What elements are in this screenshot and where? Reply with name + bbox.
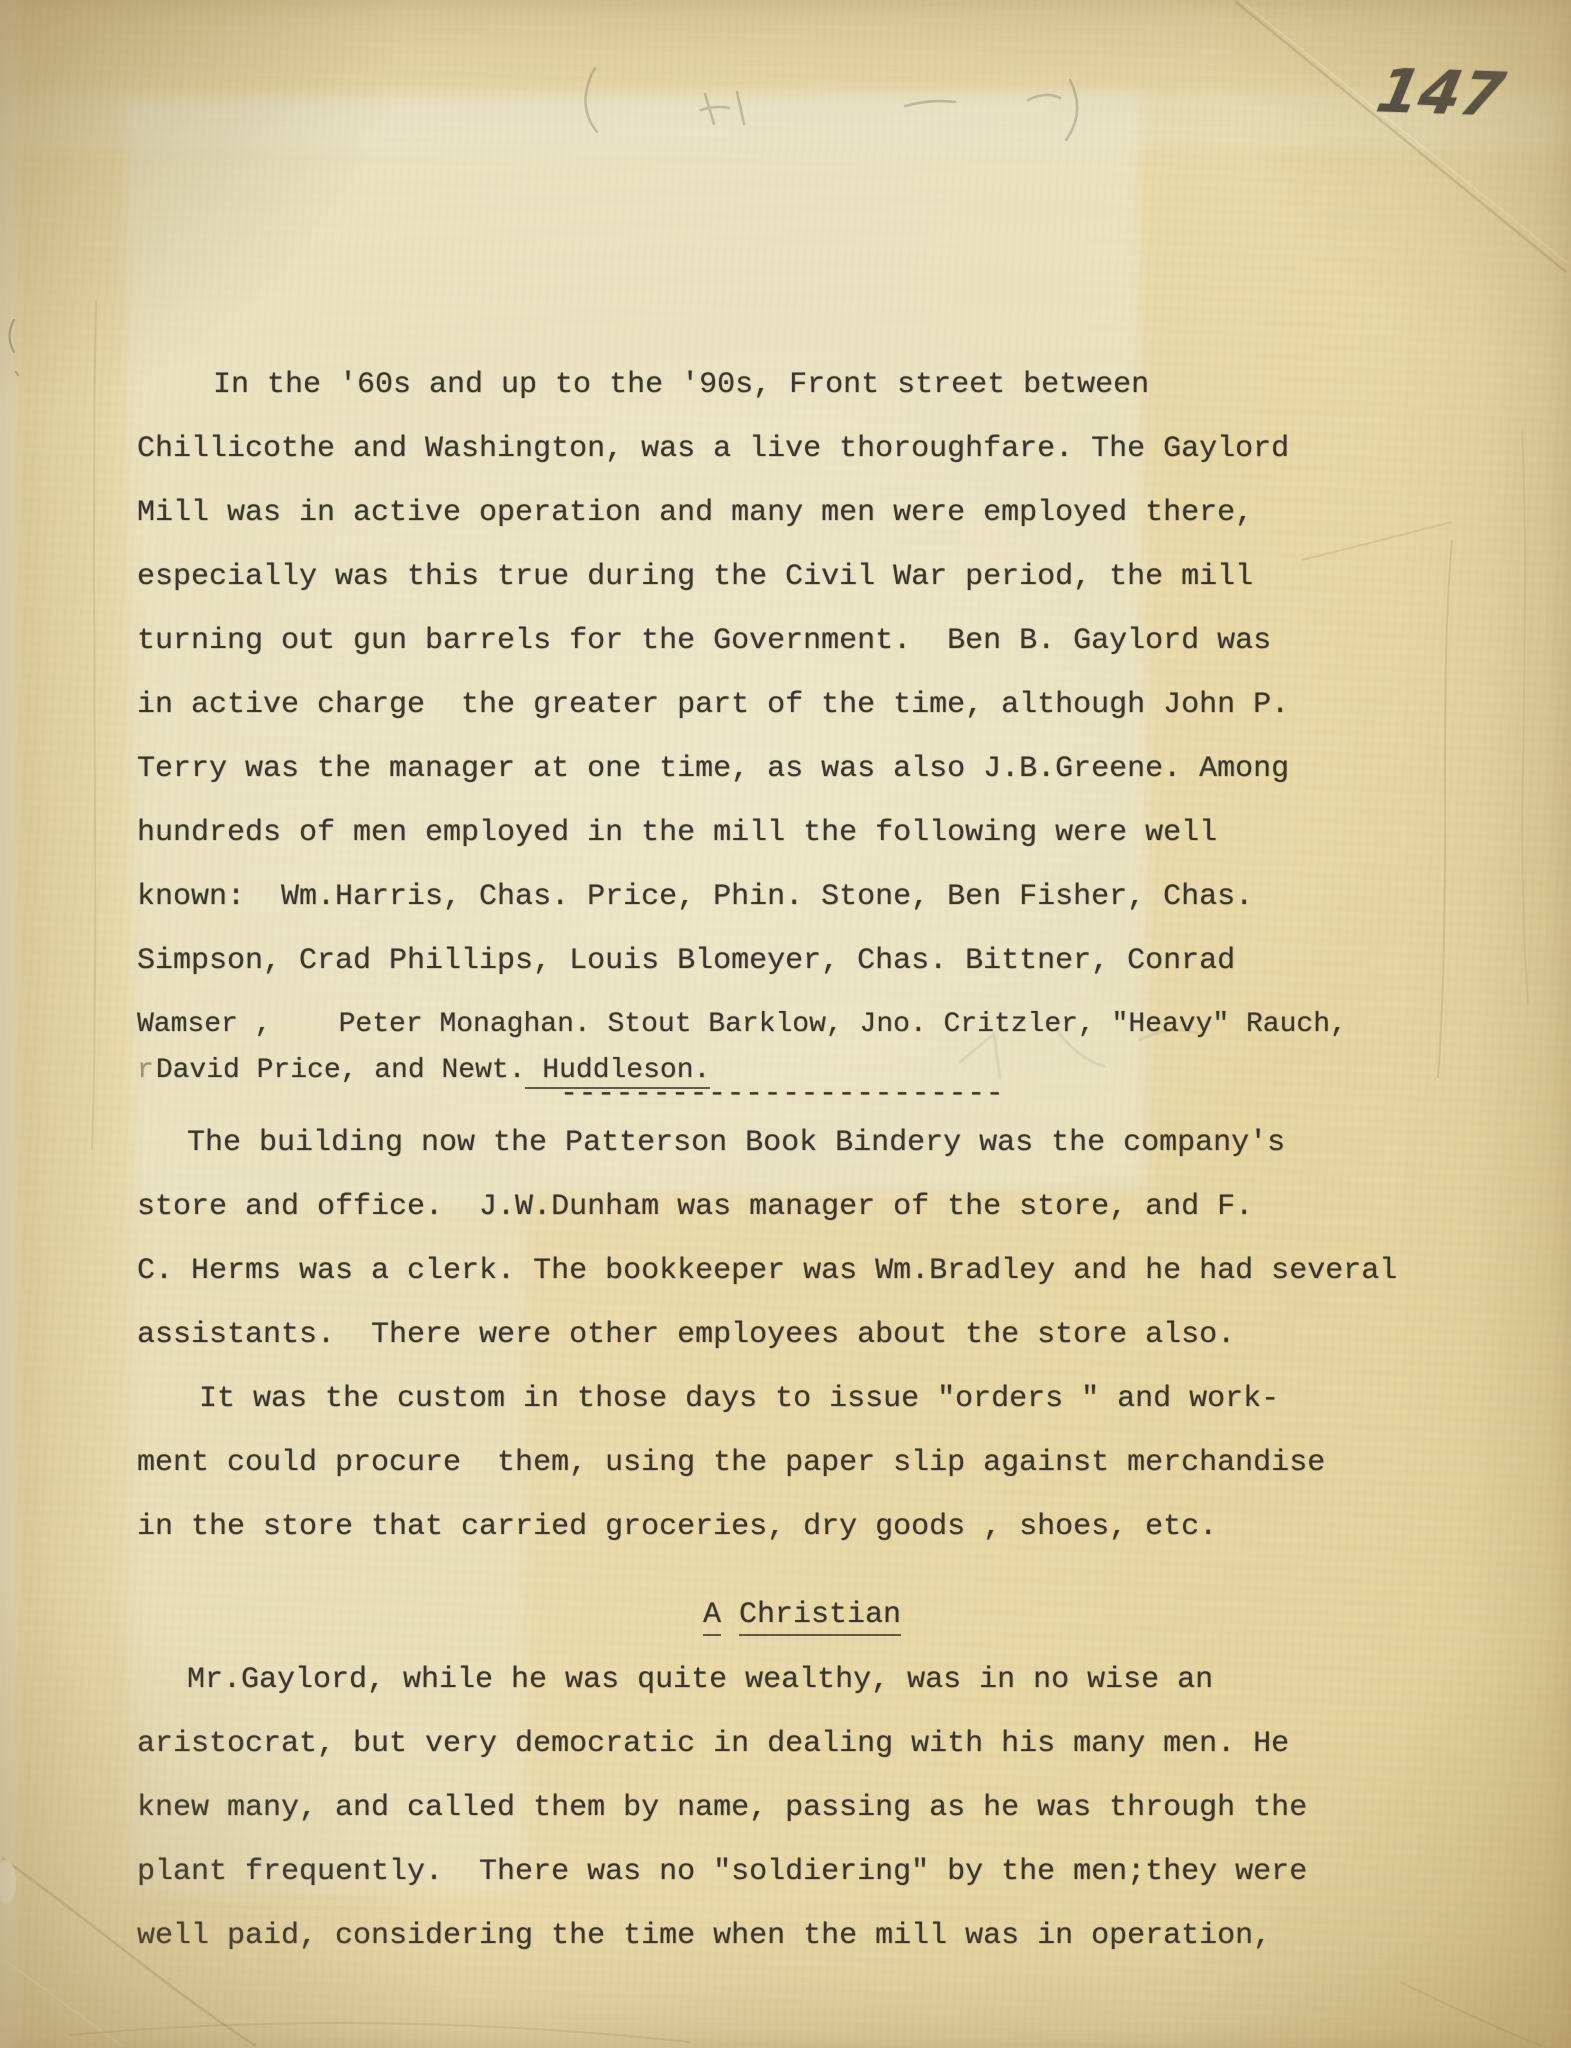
heading-space — [721, 1598, 739, 1632]
typed-line: in active charge the greater part of the… — [137, 673, 1467, 737]
typed-line: hundreds of men employed in the mill the… — [137, 801, 1467, 865]
typed-line: in the store that carried groceries, dry… — [137, 1495, 1467, 1559]
stray-mark: r — [137, 1055, 154, 1086]
typed-line: Terry was the manager at one time, as wa… — [137, 737, 1467, 801]
heading-word: Christian — [739, 1598, 901, 1636]
typed-line: plant frequently. There was no "soldieri… — [137, 1840, 1467, 1904]
typed-line: turning out gun barrels for the Governme… — [137, 609, 1467, 673]
typed-line: Mr.Gaylord, while he was quite wealthy, … — [137, 1648, 1467, 1712]
paper-left-edge-highlight — [0, 0, 26, 2048]
typed-line: knew many, and called them by name, pass… — [137, 1776, 1467, 1840]
typed-line: known: Wm.Harris, Chas. Price, Phin. Sto… — [137, 865, 1467, 929]
typed-line: aristocrat, but very democratic in deali… — [137, 1712, 1467, 1776]
manuscript-page: 147 In the '60s and up to the '90s, Fron… — [0, 0, 1571, 2048]
typed-line-small: Wamser , Peter Monaghan. Stout Barklow, … — [137, 1001, 1467, 1049]
typed-text-block: In the '60s and up to the '90s, Front st… — [137, 353, 1467, 1968]
typed-line: ment could procure them, using the paper… — [137, 1431, 1467, 1495]
typed-line: In the '60s and up to the '90s, Front st… — [137, 353, 1467, 417]
typed-line: Simpson, Crad Phillips, Louis Blomeyer, … — [137, 929, 1467, 993]
typed-line: The building now the Patterson Book Bind… — [137, 1111, 1467, 1175]
typed-line: well paid, considering the time when the… — [137, 1904, 1467, 1968]
heading-word: A — [703, 1598, 721, 1636]
section-heading: A Christian — [137, 1582, 1467, 1648]
typed-line: store and office. J.W.Dunham was manager… — [137, 1175, 1467, 1239]
typed-line: It was the custom in those days to issue… — [137, 1367, 1467, 1431]
typed-line: Chillicothe and Washington, was a live t… — [137, 417, 1467, 481]
typed-line: especially was this true during the Civi… — [137, 545, 1467, 609]
typed-line: C. Herms was a clerk. The bookkeeper was… — [137, 1239, 1467, 1303]
typed-line: Mill was in active operation and many me… — [137, 481, 1467, 545]
typed-text: David Price, and Newt. — [156, 1055, 526, 1086]
dashed-separator: ------------------------ — [560, 1085, 1467, 1107]
page-number: 147 — [1371, 56, 1495, 130]
typed-line: assistants. There were other employees a… — [137, 1303, 1467, 1367]
